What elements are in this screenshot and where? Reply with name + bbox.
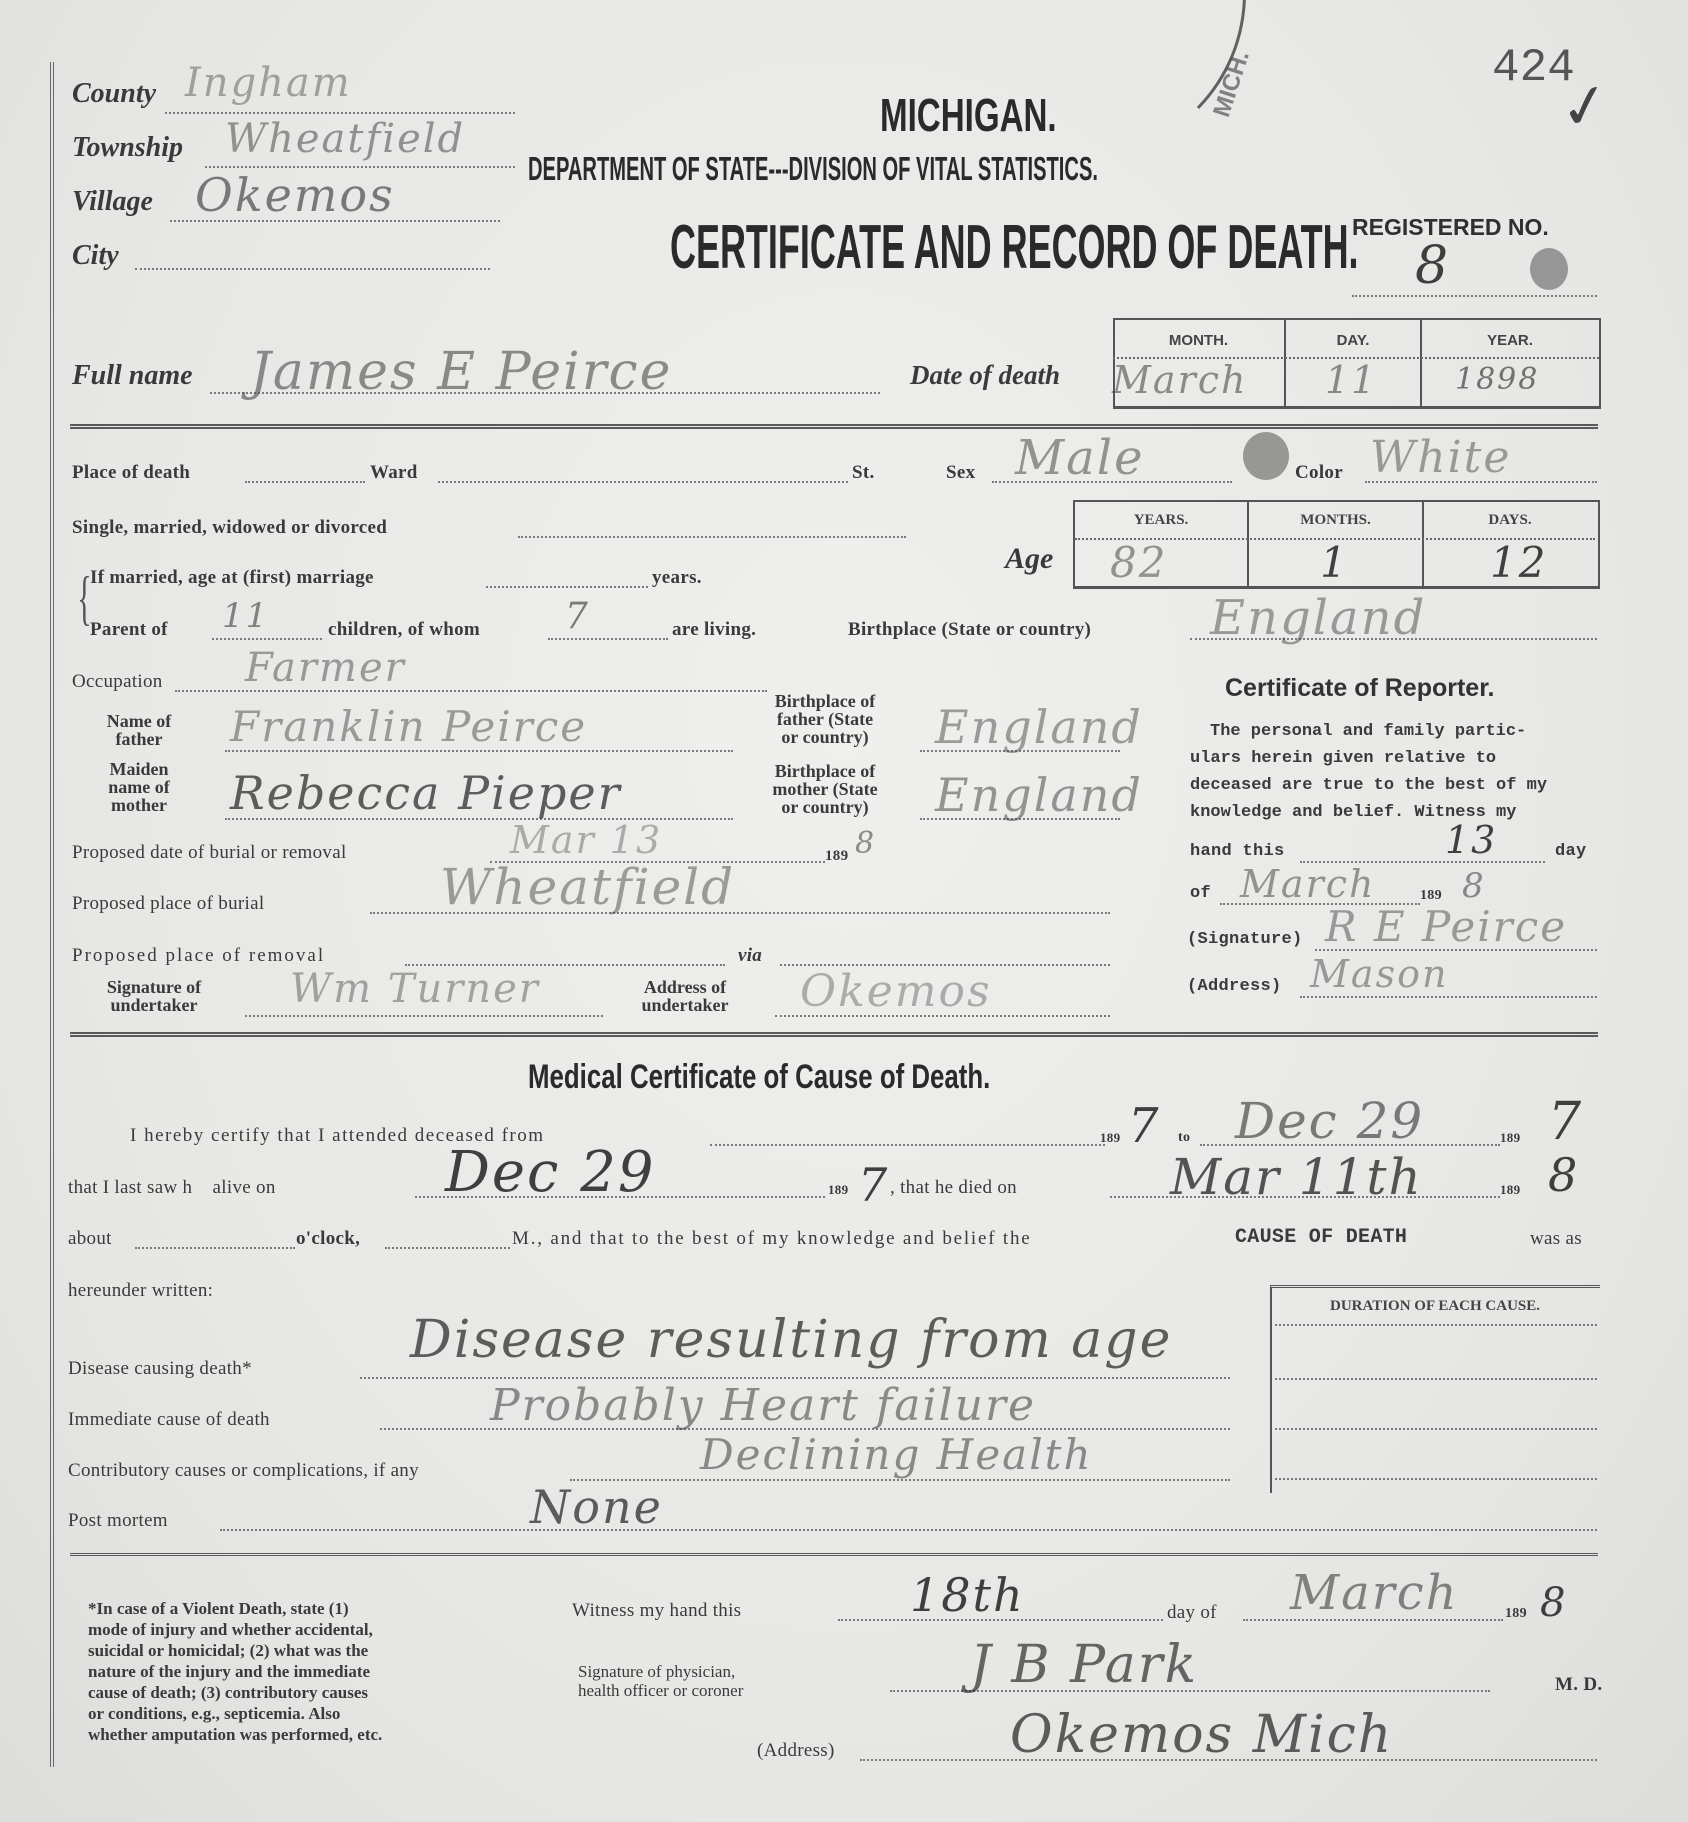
last-saw-label: that I last saw h alive on — [68, 1177, 276, 1199]
father-birthplace-line-1: Birthplace of — [740, 692, 910, 710]
father-birthplace-line-2: father (State — [740, 710, 910, 728]
day-header: DAY. — [1286, 332, 1420, 349]
department-heading: DEPARTMENT OF STATE---DIVISION OF VITAL … — [528, 150, 1098, 188]
medical-certificate-title: Medical Certificate of Cause of Death. — [528, 1058, 990, 1097]
registered-no-label: REGISTERED NO. — [1352, 214, 1549, 241]
duration-box — [1270, 1285, 1600, 1493]
father-birthplace-label: Birthplace of father (State or country) — [740, 692, 910, 746]
duration-header-rule — [1275, 1324, 1597, 1326]
footnote-line-6: or conditions, e.g., septicemia. Also — [88, 1703, 528, 1724]
burial-year-value: 8 — [855, 826, 876, 861]
last-saw-value: Dec 29 — [445, 1140, 655, 1205]
burial-date-value: Mar 13 — [510, 818, 662, 862]
undertaker-addr-label: Address of undertaker — [610, 978, 760, 1014]
first-marriage-suffix: years. — [652, 567, 702, 589]
attended-to-prefix: 189 — [1500, 1130, 1520, 1146]
witness-year-prefix: 189 — [1505, 1606, 1527, 1622]
mother-birthplace-line-2: mother (State — [740, 780, 910, 798]
father-name-value: Franklin Peirce — [230, 702, 587, 751]
city-label: City — [72, 240, 119, 272]
duration-line-1 — [1275, 1378, 1597, 1380]
removal-place-label: Proposed place of removal — [72, 945, 325, 967]
ink-blot — [1530, 248, 1568, 290]
physician-sig-value: J B Park — [970, 1635, 1198, 1695]
post-mortem-value: None — [530, 1480, 663, 1534]
marital-status-line — [518, 536, 906, 538]
undertaker-addr-value: Okemos — [800, 966, 992, 1017]
county-line — [165, 112, 515, 114]
immediate-label: Immediate cause of death — [68, 1409, 270, 1431]
duration-line-2 — [1275, 1428, 1597, 1430]
undertaker-sig-line-1: Signature of — [74, 978, 234, 996]
check-mark-icon: ✓ — [1554, 68, 1616, 146]
age-years-value: 82 — [1110, 538, 1167, 587]
post-mortem-line — [220, 1529, 1597, 1531]
physician-sig-label: Signature of physician, health officer o… — [578, 1662, 743, 1700]
sex-value: Male — [1015, 430, 1145, 486]
witness-label: Witness my hand this — [572, 1600, 741, 1622]
father-birthplace-line-3: or country) — [740, 728, 910, 746]
died-on-label: , that he died on — [890, 1177, 1017, 1199]
county-label: County — [72, 78, 156, 110]
st-label: St. — [852, 462, 875, 484]
m-label: M., and that to the best of my knowledge… — [512, 1228, 1032, 1250]
age-days-value: 12 — [1490, 538, 1547, 587]
age-label: Age — [1005, 542, 1053, 576]
year-header: YEAR. — [1422, 332, 1598, 349]
section-rule-middle — [70, 1032, 1598, 1037]
day-of-label: day of — [1167, 1602, 1217, 1624]
was-as-label: was as — [1530, 1228, 1582, 1250]
footnote-line-4: nature of the injury and the immediate — [88, 1661, 528, 1682]
month-header: MONTH. — [1113, 332, 1284, 349]
footnote-line-7: whether amputation was performed, etc. — [88, 1724, 528, 1745]
reporter-address-value: Mason — [1310, 952, 1448, 996]
age-years-header: YEARS. — [1075, 512, 1247, 529]
ward-line — [438, 481, 848, 483]
attended-to-year: 7 — [1548, 1092, 1583, 1152]
disease-value: Disease resulting from age — [410, 1310, 1172, 1370]
to-label: to — [1178, 1130, 1190, 1146]
reporter-of-label: of — [1190, 884, 1211, 903]
section-rule-top — [70, 424, 1598, 429]
age-days-header: DAYS. — [1424, 512, 1596, 529]
contributory-value: Declining Health — [700, 1430, 1093, 1479]
footnote-line-2: mode of injury and whether accidental, — [88, 1619, 528, 1640]
duration-line-3 — [1275, 1478, 1597, 1480]
immediate-value: Probably Heart failure — [490, 1380, 1036, 1431]
physician-address-value: Okemos Mich — [1010, 1705, 1393, 1765]
occupation-value: Farmer — [245, 645, 406, 691]
first-marriage-line — [486, 586, 648, 588]
registered-no-line — [1352, 295, 1597, 297]
undertaker-sig-line-2: undertaker — [74, 996, 234, 1014]
left-margin-rule — [50, 62, 54, 1767]
age-months-value: 1 — [1320, 538, 1349, 587]
mother-label-line-3: mother — [74, 796, 204, 814]
burial-date-label: Proposed date of burial or removal — [72, 842, 347, 864]
attended-from-prefix: 189 — [1100, 1130, 1120, 1146]
post-mortem-label: Post mortem — [68, 1510, 168, 1532]
mother-birthplace-line-1: Birthplace of — [740, 762, 910, 780]
parent-of-label: Parent of — [90, 619, 168, 641]
reporter-day-value: 13 — [1445, 818, 1497, 862]
contributory-label: Contributory causes or complications, if… — [68, 1460, 419, 1482]
death-month-value: March — [1112, 358, 1248, 402]
disease-line — [360, 1377, 1230, 1379]
living-line — [548, 638, 668, 640]
place-of-death-label: Place of death — [72, 462, 190, 484]
reporter-body-line-3: deceased are true to the best of my — [1190, 772, 1600, 799]
father-birthplace-value: England — [935, 700, 1143, 754]
sex-label: Sex — [946, 462, 975, 484]
birthplace-value: England — [1210, 590, 1426, 646]
physician-sig-label-line-2: health officer or coroner — [578, 1681, 743, 1700]
color-label: Color — [1295, 462, 1343, 484]
village-label: Village — [72, 186, 153, 218]
died-on-value: Mar 11th — [1170, 1148, 1423, 1206]
marital-status-label: Single, married, widowed or divorced — [72, 517, 387, 539]
ink-blot-2 — [1243, 432, 1289, 480]
witness-day-value: 18th — [910, 1568, 1025, 1622]
age-months-header: MONTHS. — [1249, 512, 1422, 529]
cause-of-death-label: CAUSE OF DEATH — [1235, 1226, 1407, 1249]
father-label: Name of father — [74, 712, 204, 748]
about-line — [135, 1247, 295, 1249]
reporter-month-value: March — [1240, 862, 1376, 906]
color-value: White — [1370, 432, 1511, 483]
reporter-body-line-2: ulars herein given relative to — [1190, 745, 1600, 772]
death-year-value: 1898 — [1455, 362, 1539, 397]
undertaker-addr-line-1: Address of — [610, 978, 760, 996]
reporter-body: The personal and family partic- ulars he… — [1190, 718, 1600, 826]
last-saw-prefix: 189 — [828, 1182, 848, 1198]
burial-place-value: Wheatfield — [440, 858, 735, 916]
undertaker-sig-line — [245, 1015, 603, 1017]
living-label: are living. — [672, 619, 756, 641]
birthplace-label: Birthplace (State or country) — [848, 619, 1091, 641]
footnote-line-3: suicidal or homicidal; (2) what was the — [88, 1640, 528, 1661]
footnote-line-1: *In case of a Violent Death, state (1) — [88, 1598, 528, 1619]
ward-label: Ward — [370, 462, 418, 484]
via-label: via — [738, 945, 762, 967]
undertaker-addr-line-2: undertaker — [610, 996, 760, 1014]
died-on-year: 8 — [1548, 1148, 1579, 1202]
reporter-year-value: 8 — [1462, 866, 1486, 906]
attended-from-year: 7 — [1128, 1098, 1161, 1154]
parent-of-value: 11 — [222, 596, 269, 636]
burial-year-prefix: 189 — [825, 848, 848, 865]
reporter-body-line-4: knowledge and belief. Witness my — [1190, 799, 1600, 826]
reporter-address-label: (Address) — [1187, 977, 1282, 996]
living-value: 7 — [565, 596, 590, 637]
died-on-prefix: 189 — [1500, 1182, 1520, 1198]
children-label: children, of whom — [328, 619, 480, 641]
mother-birthplace-label: Birthplace of mother (State or country) — [740, 762, 910, 816]
parent-of-line — [212, 638, 322, 640]
physician-sig-label-line-1: Signature of physician, — [578, 1662, 743, 1681]
reporter-body-line-1: The personal and family partic- — [1190, 718, 1600, 745]
disease-label: Disease causing death* — [68, 1358, 252, 1380]
reporter-day-label: day — [1555, 842, 1587, 861]
mother-birthplace-value: England — [935, 768, 1143, 822]
burial-place-label: Proposed place of burial — [72, 893, 264, 915]
oclock-label: o'clock, — [296, 1228, 360, 1250]
undertaker-sig-value: Wm Turner — [290, 966, 540, 1012]
attended-from-line — [710, 1144, 1105, 1146]
violent-death-footnote: *In case of a Violent Death, state (1) m… — [88, 1598, 528, 1745]
mother-birthplace-line-3: or country) — [740, 798, 910, 816]
reporter-hand-this-label: hand this — [1190, 842, 1285, 861]
full-name-value: James E Peirce — [250, 342, 672, 402]
certificate-title: CERTIFICATE AND RECORD OF DEATH. — [670, 212, 1359, 283]
date-of-death-label: Date of death — [910, 360, 1060, 391]
reporter-title: Certificate of Reporter. — [1225, 674, 1495, 703]
state-heading: MICHIGAN. — [880, 88, 1057, 142]
m-line — [385, 1247, 510, 1249]
county-value: Ingham — [185, 60, 352, 106]
village-value: Okemos — [195, 168, 395, 222]
registered-no-value: 8 — [1415, 236, 1450, 296]
first-marriage-label: If married, age at (first) marriage — [90, 567, 374, 589]
undertaker-sig-label: Signature of undertaker — [74, 978, 234, 1014]
duration-header: DURATION OF EACH CAUSE. — [1275, 1298, 1595, 1315]
city-line — [135, 268, 490, 270]
place-of-death-line — [245, 481, 365, 483]
footnote-line-5: cause of death; (3) contributory causes — [88, 1682, 528, 1703]
mother-name-value: Rebecca Pieper — [230, 766, 622, 820]
last-saw-year: 7 — [858, 1158, 889, 1212]
hereunder-label: hereunder written: — [68, 1280, 213, 1302]
reporter-signature-label: (Signature) — [1187, 930, 1303, 949]
contributory-line — [570, 1479, 1230, 1481]
md-label: M. D. — [1555, 1674, 1602, 1696]
about-label: about — [68, 1228, 112, 1250]
physician-address-label: (Address) — [757, 1740, 835, 1762]
township-label: Township — [72, 132, 183, 164]
reporter-signature-value: R E Peirce — [1325, 902, 1567, 951]
occupation-label: Occupation — [72, 671, 163, 693]
death-certificate-page: 424 ✓ MICH. County Ingham Township Wheat… — [0, 0, 1688, 1822]
death-day-value: 11 — [1325, 358, 1377, 402]
reporter-address-line — [1300, 996, 1597, 998]
attended-to-value: Dec 29 — [1235, 1092, 1424, 1150]
full-name-label: Full name — [72, 360, 193, 392]
section-rule-bottom — [70, 1553, 1598, 1556]
father-label-line-1: Name of — [74, 712, 204, 730]
township-value: Wheatfield — [225, 116, 465, 162]
father-label-line-2: father — [74, 730, 204, 748]
witness-month-value: March — [1290, 1565, 1459, 1621]
mother-label-line-2: name of — [74, 778, 204, 796]
mother-label-line-1: Maiden — [74, 760, 204, 778]
witness-year-value: 8 — [1540, 1580, 1567, 1626]
mother-label: Maiden name of mother — [74, 760, 204, 814]
